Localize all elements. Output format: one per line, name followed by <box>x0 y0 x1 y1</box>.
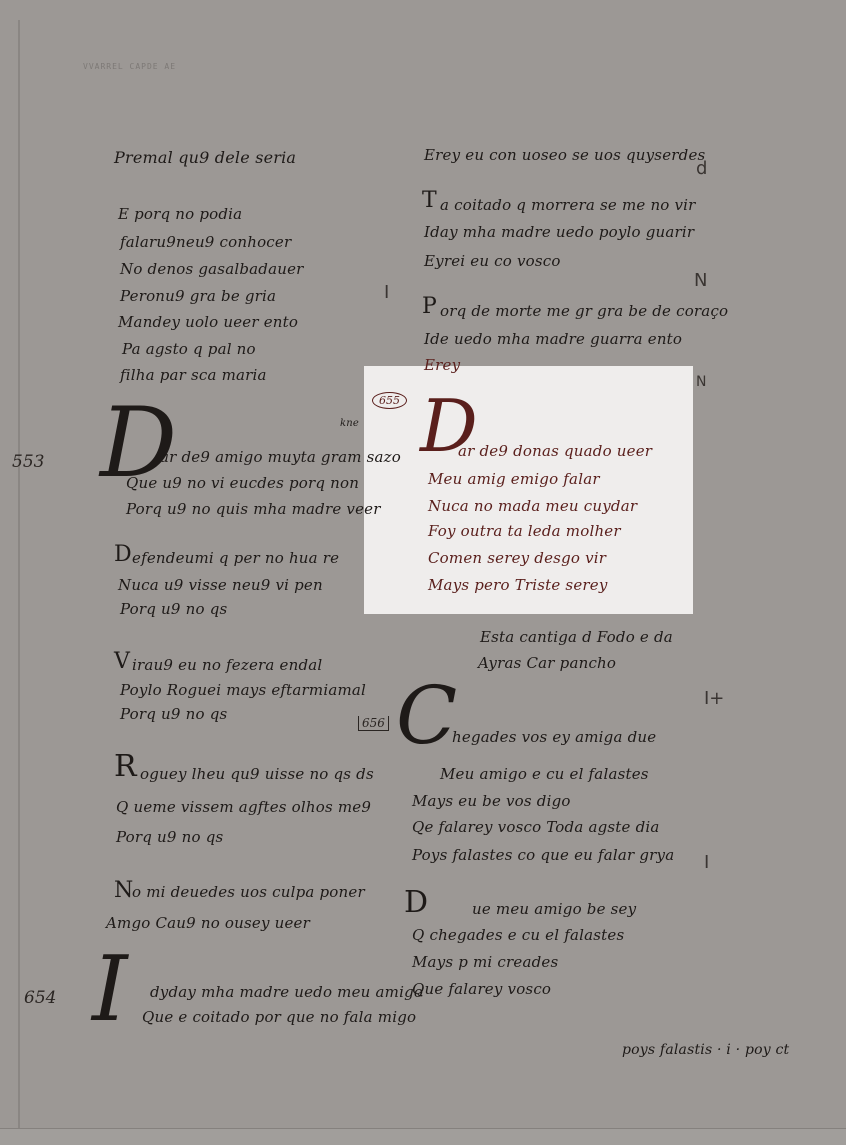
verse-line: filha par sca maria <box>120 366 267 384</box>
verse-line: ar de9 amigo muyta gram sazo <box>160 448 401 466</box>
stanza-initial: D <box>404 888 428 918</box>
verse-line: Porq u9 no qs <box>116 828 223 846</box>
stanza-initial: P <box>422 296 437 318</box>
margin-mark: N <box>694 270 707 291</box>
verse-line: Pa agsto q pal no <box>122 340 256 358</box>
stanza-initial: R <box>114 752 137 782</box>
verse-line: Nuca u9 visse neu9 vi pen <box>118 576 323 594</box>
song-number-553: 553 <box>12 452 44 472</box>
verse-line: dyday mha madre uedo meu amigo <box>150 983 423 1001</box>
verse-line: Meu amig emigo falar <box>428 470 600 488</box>
verse-line: Foy outra ta leda molher <box>428 522 621 540</box>
decorated-initial-c: C <box>396 676 457 756</box>
verse-line: o mi deuedes uos culpa poner <box>132 883 365 901</box>
verse-line: Comen serey desgo vir <box>428 549 606 567</box>
page-bottom-edge <box>0 1128 846 1145</box>
verse-line: Mays p mi creades <box>412 953 558 971</box>
verse-line: hegades vos ey amiga due <box>452 728 656 746</box>
margin-note: kne <box>340 418 359 429</box>
verse-line: oguey lheu qu9 uisse no qs ds <box>140 765 374 783</box>
verse-line: Porq u9 no qs <box>120 600 227 618</box>
verse-line: Nuca no mada meu cuydar <box>428 497 637 515</box>
verse-line: Q chegades e cu el falastes <box>412 926 624 944</box>
verse-line: Poys falastes co que eu falar grya <box>412 846 674 864</box>
verse-line: a coitado q morrera se me no vir <box>440 196 696 214</box>
verse-line: E porq no podia <box>118 205 242 223</box>
verse-line: Poylo Roguei mays eftarmiamal <box>120 681 366 699</box>
verse-line: ar de9 donas quado ueer <box>458 442 652 460</box>
margin-mark: N <box>696 374 706 390</box>
bleed-through-text: VVARREL CAPDE AE <box>83 62 176 71</box>
page-edge <box>18 20 20 1130</box>
verse-line: Premal qu9 dele seria <box>114 148 296 167</box>
margin-mark: I <box>384 282 389 303</box>
verse-line: Meu amigo e cu el falastes <box>440 765 649 783</box>
attribution-line: Esta cantiga d Fodo e da <box>480 628 673 646</box>
manuscript-page: VVARREL CAPDE AE Premal qu9 dele seria E… <box>0 0 846 1145</box>
verse-line: Q ueme vissem agftes olhos me9 <box>116 798 371 816</box>
stanza-initial: N <box>114 880 133 902</box>
verse-line: efendeumi q per no hua re <box>132 549 339 567</box>
stanza-initial: T <box>422 190 437 212</box>
attribution-line: Ayras Car pancho <box>478 654 616 672</box>
verse-line: Iday mha madre uedo poylo guarir <box>424 223 694 241</box>
decorated-initial-i: I <box>92 945 128 1035</box>
stanza-initial: D <box>114 544 132 566</box>
verse-line: Peronu9 gra be gria <box>120 287 276 305</box>
verse-line: Ide uedo mha madre guarra ento <box>424 330 682 348</box>
song-number-655: 655 <box>372 392 407 409</box>
verse-line: ue meu amigo be sey <box>472 900 636 918</box>
verse-line: Mandey uolo ueer ento <box>118 313 298 331</box>
verse-line: Qe falarey vosco Toda agste dia <box>412 818 660 836</box>
verse-line: Mays eu be vos digo <box>412 792 571 810</box>
verse-line: Erey eu con uoseo se uos quyserdes <box>424 146 705 164</box>
margin-mark: I+ <box>704 688 724 709</box>
verse-line: Mays pero Triste serey <box>428 576 608 594</box>
stanza-initial: V <box>114 651 130 673</box>
song-number-654: 654 <box>24 988 56 1008</box>
song-number-656: 656 <box>358 716 389 731</box>
verse-line: falaru9neu9 conhocer <box>120 233 291 251</box>
verse-line: Erey <box>424 356 460 374</box>
verse-line: Amgo Cau9 no ousey ueer <box>106 914 310 932</box>
verse-line: Eyrei eu co vosco <box>424 252 561 270</box>
verse-line: irau9 eu no fezera endal <box>132 656 322 674</box>
verse-line: No denos gasalbadauer <box>120 260 304 278</box>
verse-line: Que u9 no vi eucdes porq non <box>126 474 359 492</box>
verse-line: Porq u9 no quis mha madre veer <box>126 500 381 518</box>
margin-mark: d <box>696 158 707 179</box>
verse-line: Que falarey vosco <box>412 980 551 998</box>
verse-line: Porq u9 no qs <box>120 705 227 723</box>
catchword: poys falastis · i · poy ct <box>622 1042 789 1058</box>
verse-line: orq de morte me gr gra be de coraço <box>440 302 728 320</box>
margin-mark: I <box>704 852 709 873</box>
verse-line: Que e coitado por que no fala migo <box>142 1008 416 1026</box>
